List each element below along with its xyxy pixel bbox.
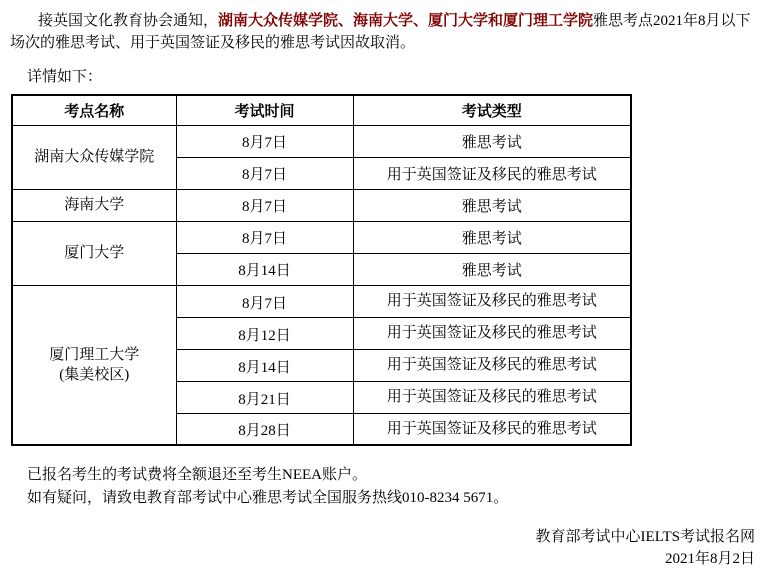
col-header-venue: 考点名称 [12, 95, 176, 125]
col-header-type: 考试类型 [353, 95, 631, 125]
venue-line: (集美校区) [13, 365, 176, 385]
refund-note: 已报名考生的考试费将全额退还至考生NEEA账户。 [27, 464, 755, 487]
intro-prefix: 接英国文化教育协会通知， [38, 13, 218, 29]
table-header-row: 考点名称 考试时间 考试类型 [12, 95, 631, 125]
table-row: 湖南大众传媒学院8月7日雅思考试 [12, 125, 631, 157]
table-row: 海南大学8月7日雅思考试 [12, 189, 631, 221]
venue-line: 厦门大学 [13, 243, 176, 263]
venue-cell: 湖南大众传媒学院 [12, 125, 176, 189]
signature-date: 2021年8月2日 [10, 548, 755, 570]
exam-date-cell: 8月7日 [176, 221, 353, 253]
exam-date-cell: 8月7日 [176, 189, 353, 221]
exam-date-cell: 8月7日 [176, 125, 353, 157]
col-header-date: 考试时间 [176, 95, 353, 125]
exam-date-cell: 8月7日 [176, 285, 353, 317]
cancellation-table: 考点名称 考试时间 考试类型 湖南大众传媒学院8月7日雅思考试8月7日用于英国签… [11, 94, 632, 446]
exam-type-cell: 用于英国签证及移民的雅思考试 [353, 413, 631, 445]
exam-type-cell: 用于英国签证及移民的雅思考试 [353, 349, 631, 381]
exam-date-cell: 8月7日 [176, 157, 353, 189]
exam-type-cell: 雅思考试 [353, 125, 631, 157]
table-row: 厦门理工大学(集美校区)8月7日用于英国签证及移民的雅思考试 [12, 285, 631, 317]
signature-org: 教育部考试中心IELTS考试报名网 [10, 526, 755, 548]
venue-line: 厦门理工大学 [13, 345, 176, 365]
exam-type-cell: 雅思考试 [353, 189, 631, 221]
exam-type-cell: 用于英国签证及移民的雅思考试 [353, 157, 631, 189]
signature-block: 教育部考试中心IELTS考试报名网 2021年8月2日 [10, 526, 755, 570]
cancellation-table-body: 湖南大众传媒学院8月7日雅思考试8月7日用于英国签证及移民的雅思考试海南大学8月… [12, 125, 631, 445]
venue-cell: 厦门理工大学(集美校区) [12, 285, 176, 445]
notice-intro: 接英国文化教育协会通知，湖南大众传媒学院、海南大学、厦门大学和厦门理工学院雅思考… [10, 10, 755, 54]
exam-type-cell: 用于英国签证及移民的雅思考试 [353, 317, 631, 349]
venue-cell: 厦门大学 [12, 221, 176, 285]
exam-date-cell: 8月21日 [176, 381, 353, 413]
intro-universities: 湖南大众传媒学院、海南大学、厦门大学和厦门理工学院 [218, 13, 593, 29]
exam-type-cell: 用于英国签证及移民的雅思考试 [353, 381, 631, 413]
exam-date-cell: 8月14日 [176, 349, 353, 381]
exam-date-cell: 8月12日 [176, 317, 353, 349]
table-row: 厦门大学8月7日雅思考试 [12, 221, 631, 253]
exam-type-cell: 用于英国签证及移民的雅思考试 [353, 285, 631, 317]
exam-date-cell: 8月28日 [176, 413, 353, 445]
exam-type-cell: 雅思考试 [353, 253, 631, 285]
exam-date-cell: 8月14日 [176, 253, 353, 285]
exam-type-cell: 雅思考试 [353, 221, 631, 253]
venue-line: 湖南大众传媒学院 [13, 147, 176, 167]
venue-line: 海南大学 [13, 195, 176, 215]
details-label: 详情如下： [27, 66, 755, 88]
venue-cell: 海南大学 [12, 189, 176, 221]
notice-page: 接英国文化教育协会通知，湖南大众传媒学院、海南大学、厦门大学和厦门理工学院雅思考… [0, 0, 769, 579]
contact-note: 如有疑问，请致电教育部考试中心雅思考试全国服务热线010-8234 5671。 [27, 487, 755, 510]
